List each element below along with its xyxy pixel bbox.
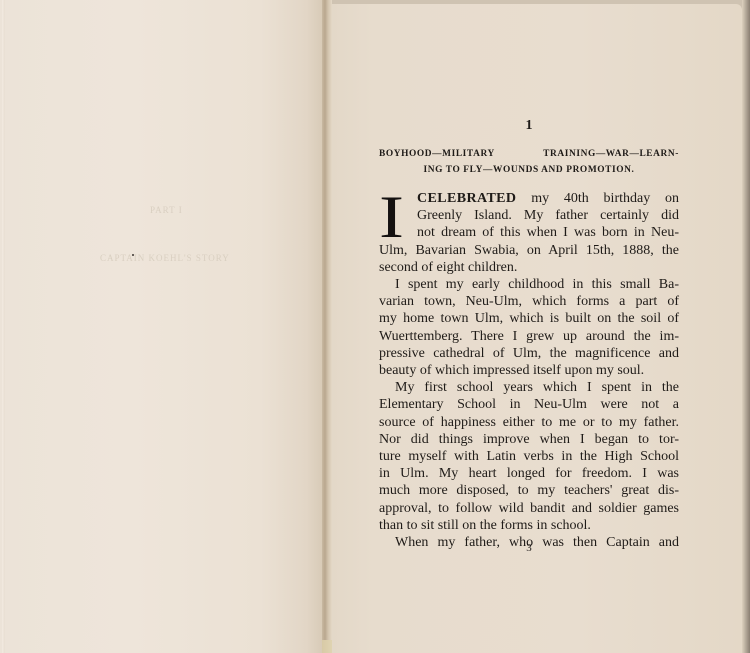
text-line: much more disposed, to my teachers' grea… bbox=[379, 482, 679, 499]
text-line: my home town Ulm, which is built on the … bbox=[379, 310, 679, 327]
chapter-number: 1 bbox=[379, 118, 679, 134]
paragraph-3: My first school years which I spent in t… bbox=[379, 379, 679, 534]
text-line: source of happiness either to me or to m… bbox=[379, 414, 679, 431]
text-line: Elementary School in Neu-Ulm were not a bbox=[379, 396, 679, 413]
chapter-text-block: 1 BOYHOOD—MILITARY TRAINING—WAR—LEARN- I… bbox=[379, 118, 679, 551]
left-page-blank: PART I CAPTAIN KOEHL'S STORY bbox=[0, 0, 326, 653]
text-line: not dream of this when I was born in Neu… bbox=[379, 224, 679, 241]
bleed-through-text: CAPTAIN KOEHL'S STORY bbox=[100, 253, 230, 263]
drop-cap: I bbox=[379, 191, 404, 243]
bleed-through-text: PART I bbox=[150, 205, 183, 215]
book-gutter bbox=[322, 0, 332, 653]
left-page-edge bbox=[2, 0, 5, 653]
text-line: pressive cathedral of Ulm, the magnifice… bbox=[379, 345, 679, 362]
text-line: varian town, Neu-Ulm, which forms a part… bbox=[379, 293, 679, 310]
chapter-heading: BOYHOOD—MILITARY TRAINING—WAR—LEARN- ING… bbox=[379, 146, 679, 178]
text-line: in Ulm. My heart longed for freedom. I w… bbox=[379, 465, 679, 482]
text-line: Wuerttemberg. There I grew up around the… bbox=[379, 328, 679, 345]
chapter-heading-line: ING TO FLY—WOUNDS AND PROMOTION. bbox=[379, 162, 679, 178]
text-line: Nor did things improve when I began to t… bbox=[379, 431, 679, 448]
right-page-edge bbox=[742, 0, 750, 653]
text-line: Greenly Island. My father certainly did bbox=[379, 207, 679, 224]
text-line: ture myself with Latin verbs in the High… bbox=[379, 448, 679, 465]
chapter-heading-line: BOYHOOD—MILITARY TRAINING—WAR—LEARN- bbox=[379, 146, 679, 162]
text-line-rest: my 40th birthday on bbox=[516, 191, 679, 206]
text-line: My first school years which I spent in t… bbox=[379, 379, 679, 396]
text-line: I spent my early childhood in this small… bbox=[379, 276, 679, 293]
text-line: second of eight children. bbox=[379, 259, 679, 276]
paragraph-1: I CELEBRATED my 40th birthday on Greenly… bbox=[379, 190, 679, 276]
text-line: CELEBRATED my 40th birthday on bbox=[379, 190, 679, 207]
text-line: beauty of which impressed itself upon my… bbox=[379, 362, 679, 379]
open-book-spread: PART I CAPTAIN KOEHL'S STORY 1 BOYHOOD—M… bbox=[0, 0, 750, 653]
page-number: 3 bbox=[379, 542, 679, 554]
text-line: than to sit still on the forms in school… bbox=[379, 517, 679, 534]
paragraph-2: I spent my early childhood in this small… bbox=[379, 276, 679, 379]
paper-speck bbox=[132, 254, 134, 256]
text-line: approval, to follow wild bandit and sold… bbox=[379, 500, 679, 517]
lead-word: CELEBRATED bbox=[417, 191, 516, 206]
text-line: Ulm, Bavarian Swabia, on April 15th, 188… bbox=[379, 242, 679, 259]
